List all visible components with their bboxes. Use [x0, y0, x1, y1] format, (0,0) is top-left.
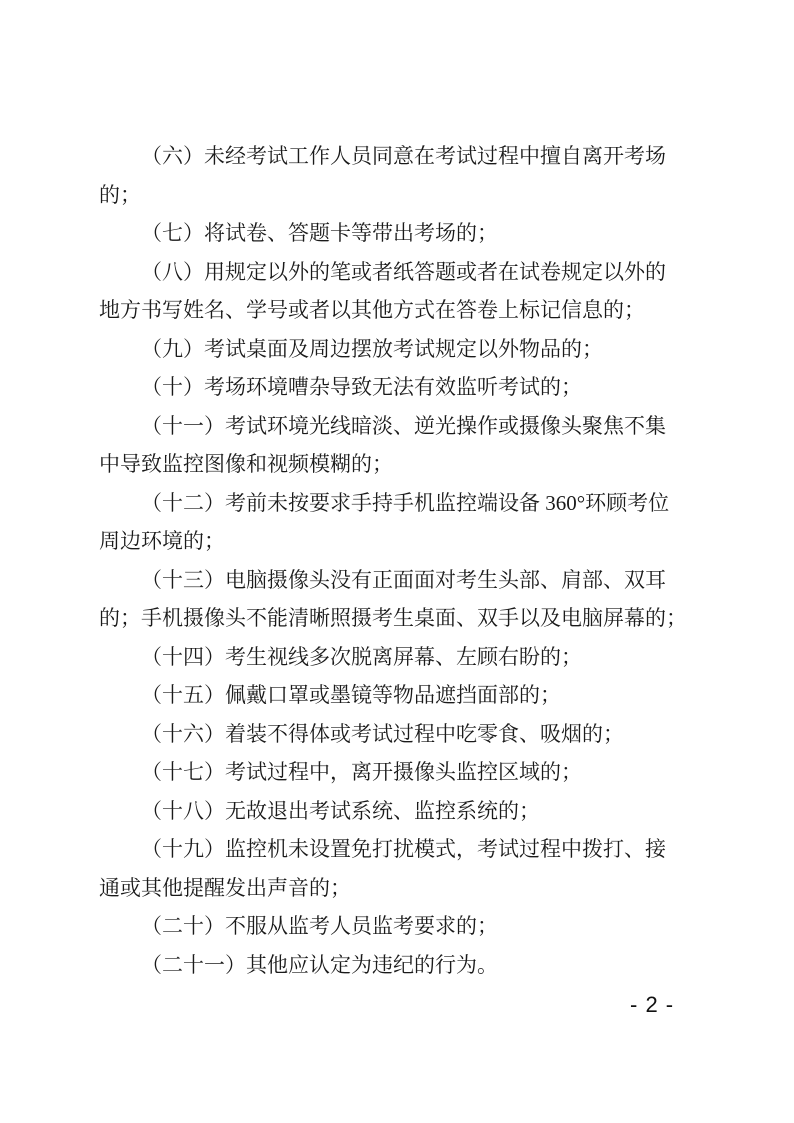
rule-item-8: （八）用规定以外的笔或者纸答题或者在试卷规定以外的 地方书写姓名、学号或者以其他… — [99, 253, 697, 330]
rule-item-7: （七）将试卷、答题卡等带出考场的； — [99, 214, 697, 253]
rule-item-16: （十六）着装不得体或考试过程中吃零食、吸烟的； — [99, 715, 697, 754]
rule-item-10: （十）考场环境嘈杂导致无法有效监听考试的； — [99, 368, 697, 407]
document-page: （六）未经考试工作人员同意在考试过程中擅自离开考场 的； （七）将试卷、答题卡等… — [0, 0, 794, 1123]
rule-item-15: （十五）佩戴口罩或墨镜等物品遮挡面部的； — [99, 676, 697, 715]
rule-item-20: （二十）不服从监考人员监考要求的； — [99, 907, 697, 946]
rule-item-17: （十七）考试过程中，离开摄像头监控区域的； — [99, 753, 697, 792]
rule-item-12: （十二）考前未按要求手持手机监控端设备 360°环顾考位 周边环境的； — [99, 484, 697, 561]
rule-item-19: （十九）监控机未设置免打扰模式，考试过程中拨打、接 通或其他提醒发出声音的； — [99, 830, 697, 907]
rule-item-13: （十三）电脑摄像头没有正面面对考生头部、肩部、双耳 的；手机摄像头不能清晰照摄考… — [99, 561, 697, 638]
rule-item-9: （九）考试桌面及周边摆放考试规定以外物品的； — [99, 330, 697, 369]
rule-item-14: （十四）考生视线多次脱离屏幕、左顾右盼的； — [99, 638, 697, 677]
rule-item-21: （二十一）其他应认定为违纪的行为。 — [99, 946, 697, 985]
document-body: （六）未经考试工作人员同意在考试过程中擅自离开考场 的； （七）将试卷、答题卡等… — [99, 137, 697, 984]
page-number: - 2 - — [630, 991, 678, 1019]
rule-item-18: （十八）无故退出考试系统、监控系统的； — [99, 792, 697, 831]
rule-item-11: （十一）考试环境光线暗淡、逆光操作或摄像头聚焦不集 中导致监控图像和视频模糊的； — [99, 407, 697, 484]
rule-item-6: （六）未经考试工作人员同意在考试过程中擅自离开考场 的； — [99, 137, 697, 214]
